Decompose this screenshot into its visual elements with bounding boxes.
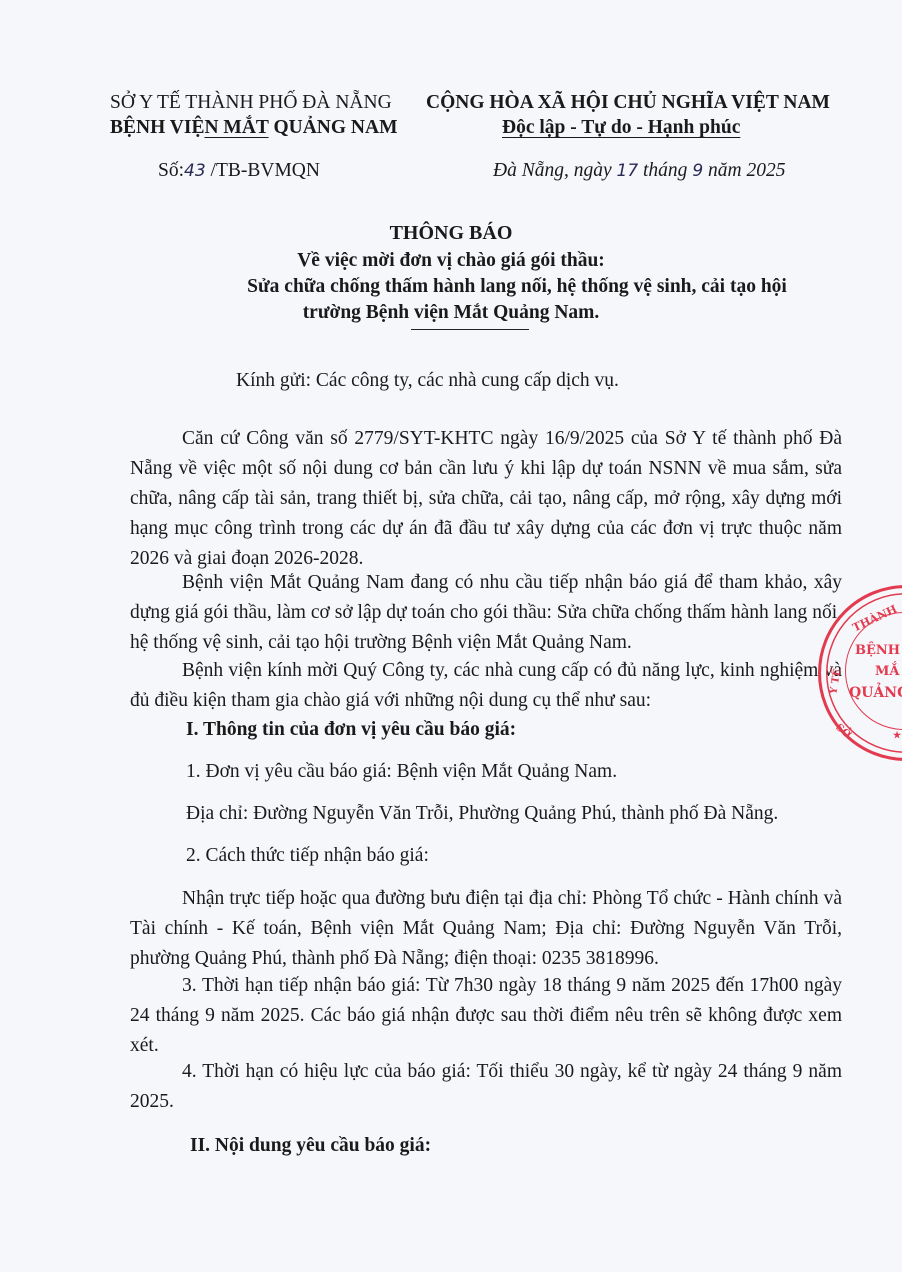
paragraph-text: 3. Thời hạn tiếp nhận báo giá: Từ 7h30 n… xyxy=(130,975,842,1056)
number-suffix: /TB-BVMQN xyxy=(206,160,320,181)
paragraph-text: Nhận trực tiếp hoặc qua đường bưu điện t… xyxy=(130,888,842,969)
section-2-heading: II. Nội dung yêu cầu báo giá: xyxy=(190,1131,431,1161)
date-mid: tháng xyxy=(638,160,692,181)
paragraph-text: Căn cứ Công văn số 2779/SYT-KHTC ngày 16… xyxy=(130,428,842,569)
document-subject-line1: Về việc mời đơn vị chào giá gói thầu: xyxy=(0,250,902,272)
number-prefix: Số: xyxy=(158,160,184,181)
national-title: CỘNG HÒA XÃ HỘI CHỦ NGHĨA VIỆT NAM xyxy=(426,92,830,114)
paragraph-legal-basis: Căn cứ Công văn số 2779/SYT-KHTC ngày 16… xyxy=(130,424,842,574)
seal-text-line2: MẮ xyxy=(875,664,899,679)
org-name-part: QUẢNG NAM xyxy=(269,117,398,138)
seal-star-icon: ★ xyxy=(893,731,901,741)
paragraph-invitation: Bệnh viện kính mời Quý Công ty, các nhà … xyxy=(130,656,842,716)
section-1-address: Địa chỉ: Đường Nguyễn Văn Trỗi, Phường Q… xyxy=(186,799,778,829)
recipient-line: Kính gửi: Các công ty, các nhà cung cấp … xyxy=(236,366,619,396)
paragraph-request: Bệnh viện Mắt Quảng Nam đang có nhu cầu … xyxy=(130,568,842,658)
handwritten-day: 17 xyxy=(617,161,639,181)
issuing-authority: SỞ Y TẾ THÀNH PHỐ ĐÀ NẴNG xyxy=(110,92,392,114)
seal-text-line3: QUẢNG xyxy=(849,685,902,701)
date-prefix: Đà Nẵng, ngày xyxy=(493,160,617,181)
document-number: Số:43 /TB-BVMQN xyxy=(158,160,320,182)
section-1-item-4: 4. Thời hạn có hiệu lực của báo giá: Tối… xyxy=(130,1057,842,1117)
document-date: Đà Nẵng, ngày 17 tháng 9 năm 2025 xyxy=(493,160,785,182)
section-1-item-2-detail: Nhận trực tiếp hoặc qua đường bưu điện t… xyxy=(130,884,842,974)
document-page: SỞ Y TẾ THÀNH PHỐ ĐÀ NẴNG BỆNH VIỆN MẮT … xyxy=(0,0,902,1272)
document-subject-line2: Sửa chữa chống thấm hành lang nối, hệ th… xyxy=(0,276,902,298)
issuing-organization: BỆNH VIỆN MẮT QUẢNG NAM xyxy=(110,117,397,139)
paragraph-text: 4. Thời hạn có hiệu lực của báo giá: Tối… xyxy=(130,1061,842,1112)
national-motto: Độc lập - Tự do - Hạnh phúc xyxy=(502,117,740,139)
date-suffix: năm 2025 xyxy=(703,160,785,181)
seal-text-line1: BỆNH xyxy=(855,643,900,658)
paragraph-text: Bệnh viện Mắt Quảng Nam đang có nhu cầu … xyxy=(130,572,842,653)
section-1-item-1: 1. Đơn vị yêu cầu báo giá: Bệnh viện Mắt… xyxy=(186,757,617,787)
org-name-underlined: N MẮT xyxy=(204,117,268,138)
seal-bottom-arc: SỞ xyxy=(833,722,852,741)
document-subject-line3: trường Bệnh viện Mắt Quảng Nam. xyxy=(0,302,902,324)
document-heading: THÔNG BÁO xyxy=(0,222,902,245)
section-1-heading: I. Thông tin của đơn vị yêu cầu báo giá: xyxy=(186,715,516,745)
org-name-part: BỆNH VIỆ xyxy=(110,117,204,138)
paragraph-text: Bệnh viện kính mời Quý Công ty, các nhà … xyxy=(130,660,842,711)
section-1-item-3: 3. Thời hạn tiếp nhận báo giá: Từ 7h30 n… xyxy=(130,971,842,1061)
seal-left-arc: Y TẾ xyxy=(828,668,843,695)
section-1-item-2: 2. Cách thức tiếp nhận báo giá: xyxy=(186,841,429,871)
title-underline xyxy=(411,329,529,330)
handwritten-month: 9 xyxy=(692,161,703,181)
handwritten-number: 43 xyxy=(184,161,206,181)
